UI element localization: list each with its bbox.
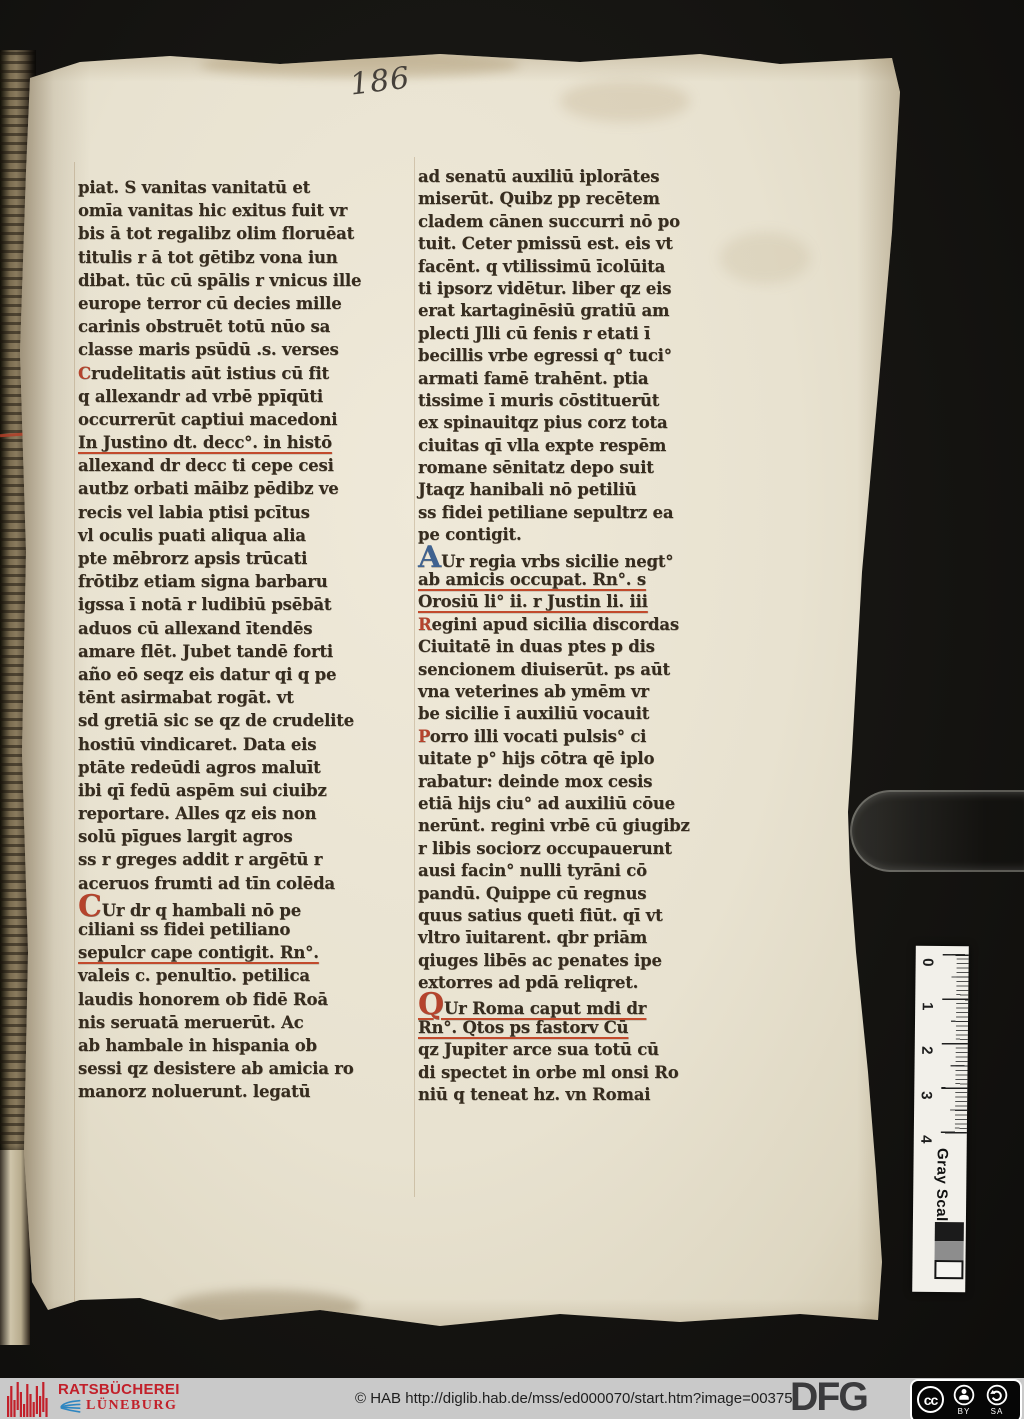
manuscript-line: ss r greges addit r argētū r [78,848,396,871]
right-text-column: ad senatū auxiliū iplorātesmiserūt. Quib… [418,166,736,1106]
manuscript-line: Crudelitatis aūt istius cū fit [78,362,396,385]
manuscript-line: ibi qī fedū aspēm sui ciuibz [78,779,396,802]
ruler-number: 3 [918,1087,935,1103]
manuscript-line: Regini apud sicilia discordas [418,614,736,636]
cc-by-person-icon [953,1384,975,1406]
credit-line: © HAB http://diglib.hab.de/mss/ed000070/… [355,1390,793,1407]
manuscript-line: recis vel labia ptisi pcītus [78,501,396,524]
manuscript-line: sencionem diuiserūt. ps aūt [418,659,736,681]
manuscript-line: r libis sociorz occupauerunt [418,838,736,860]
manuscript-line: q allexandr ad vrbē ppīqūti [78,385,396,408]
manuscript-line: sepulcr cape contigit. Rn°. [78,941,396,964]
manuscript-line: aceruos frumti ad tīn colēda [78,872,396,895]
cc-by-label: BY [958,1407,971,1416]
manuscript-line: pte mēbrorz apsis trūcati [78,547,396,570]
manuscript-line: qz Jupiter arce sua totū cū [418,1039,736,1061]
parchment-stain [560,80,690,122]
ruler-number: 1 [919,998,936,1014]
left-text-column: piat. S vanitas vanitatū etomīa vanitas … [78,176,396,1104]
manuscript-line: vltro īuitarent. qbr priām [418,927,736,949]
folio-number: 186 [348,60,412,102]
manuscript-line: tissime ī muris cōstituerūt [418,390,736,412]
manuscript-line: quus satius queti fiūt. qī vt [418,905,736,927]
manuscript-line: allexand dr decc ti cepe cesi [78,454,396,477]
manuscript-line: Jtaqz hanibali nō petiliū [418,479,736,501]
manuscript-line: pe contigit. [418,524,736,546]
manuscript-line: reportare. Alles qz eis non [78,802,396,825]
manuscript-line: dibat. tūc cū spālis r vnicus ille [78,269,396,292]
manuscript-line: erat kartaginēsiū gratiū am [418,300,736,322]
gray-swatch [935,1241,964,1260]
ratsbuecherei-bars-icon [7,1382,49,1417]
manuscript-line: año eō seqz eis datur qi q pe [78,663,396,686]
manuscript-line: ad senatū auxiliū iplorātes [418,166,736,188]
manuscript-line: ti ipsorz vidētur. liber qz eis [418,278,736,300]
manuscript-line: romane sēnitatz depo suit [418,457,736,479]
manuscript-line: armati famē trahēnt. ptia [418,368,736,390]
gray-swatch [934,1260,963,1279]
cc-by-item: BY [951,1384,977,1416]
manuscript-line: ab hambale in hispania ob [78,1034,396,1057]
gray-scale-card: 01234 Gray Scale [912,946,969,1293]
manuscript-line: occurrerūt captiui macedoni [78,408,396,431]
manuscript-line: CUr dr q hambali nō pe [78,895,396,918]
manuscript-line: vna veterines ab ymēm vr [418,681,736,703]
manuscript-line: pandū. Quippe cū regnus [418,883,736,905]
manuscript-line: qiuges libēs ac penates ipe [418,950,736,972]
manuscript-line: ausi facin° nulli tyrāni cō [418,860,736,882]
parchment-page: 186 piat. S vanitas vanitatū etomīa vani… [20,52,905,1337]
manuscript-line: niū q teneat hz. vn Romai [418,1084,736,1106]
cc-logo-icon: cc [917,1386,944,1413]
manuscript-line: amare flēt. Jubet tandē forti [78,640,396,663]
manuscript-line: nerūnt. regini vrbē cū giugibz [418,815,736,837]
manuscript-line: Orosiū li° ii. r Justin li. iii [418,591,736,613]
manuscript-line: ex spinauitqz pius corz tota [418,412,736,434]
manuscript-line: ptāte redeūdi agros maluīt [78,756,396,779]
manuscript-line: europe terror cū decies mille [78,292,396,315]
manuscript-line: aduos cū allexand ītendēs [78,617,396,640]
cc-license-badge: cc BY SA [910,1379,1022,1419]
manuscript-line: Porro illi vocati pulsis° ci [418,726,736,748]
library-name: RATSBÜCHEREI [58,1381,180,1398]
manuscript-line: sd gretiā sic se qz de crudelite [78,709,396,732]
manuscript-line: laudis honorem ob fidē Roā [78,988,396,1011]
gray-scale-label: Gray Scale [933,1148,951,1231]
manuscript-line: piat. S vanitas vanitatū et [78,176,396,199]
manuscript-line: ss fidei petiliane sepultrz ea [418,502,736,524]
footer-bar: RATSBÜCHEREI LÜNEBURG © HAB http://digli… [0,1378,1024,1419]
library-city: LÜNEBURG [86,1398,177,1414]
manuscript-line: plecti Jlli cū fenis r etati ī [418,323,736,345]
manuscript-line: nis seruatā meruerūt. Ac [78,1011,396,1034]
digitized-manuscript-photo: 186 piat. S vanitas vanitatū etomīa vani… [0,0,1024,1419]
manuscript-line: be sicilie ī auxiliū vocauit [418,703,736,725]
library-logo: RATSBÜCHEREI LÜNEBURG [58,1381,180,1414]
manuscript-line: autbz orbati māibz pēdibz ve [78,477,396,500]
cc-sa-arrow-icon [986,1384,1008,1406]
manuscript-line: omīa vanitas hic exitus fuit vr [78,199,396,222]
manuscript-line: miserūt. Quibz pp recētem [418,188,736,210]
manuscript-line: tuit. Ceter pmissū est. eis vt [418,233,736,255]
gray-swatch [935,1222,964,1241]
parchment-stain [170,1290,360,1324]
manuscript-line: igssa ī notā r ludibiū psēbāt [78,593,396,616]
manuscript-line: extorres ad pdā reliqret. [418,972,736,994]
book-gutter-lower-margin [0,1150,30,1345]
manuscript-line: ciuitas qī vlla expte respēm [418,435,736,457]
cc-sa-item: SA [984,1384,1010,1416]
manuscript-line: uitate p° hijs cōtra qē iplo [418,748,736,770]
manuscript-line: solū pīgues largit agros [78,825,396,848]
ruler-number: 4 [917,1131,934,1147]
manuscript-line: carinis obstruēt totū nūo sa [78,315,396,338]
manuscript-line: classe maris psūdū .s. verses [78,338,396,361]
ruler-number: 2 [918,1042,935,1058]
manuscript-line: hostiū vindicaret. Data eis [78,733,396,756]
ruler-numbers: 01234 [914,946,969,1157]
ruling-line [414,157,415,1197]
gray-scale-swatches [934,1222,964,1279]
manuscript-line: etiā hijs ciu° ad auxiliū cōue [418,793,736,815]
manuscript-line: In Justino dt. decc°. in histō [78,431,396,454]
manuscript-line: becillis vrbe egressi q° tuci° [418,345,736,367]
manuscript-line: AUr regia vrbs sicilie negt° [418,547,736,569]
manuscript-line: manorz noluerunt. legatū [78,1080,396,1103]
manuscript-line: valeis c. penultīo. petilica [78,964,396,987]
ruling-line [74,162,75,1302]
manuscript-line: di spectet in orbe ml onsi Ro [418,1062,736,1084]
manuscript-line: Rn°. Qtos ps fastorv Cū [418,1017,736,1039]
cc-sa-label: SA [991,1407,1004,1416]
manuscript-line: frōtibz etiam signa barbaru [78,570,396,593]
manuscript-line: rabatur: deinde mox cesis [418,771,736,793]
manuscript-line: tēnt asirmabat rogāt. vt [78,686,396,709]
manuscript-line: cladem cānen succurri nō po [418,211,736,233]
manuscript-line: Ciuitatē in duas ptes p dis [418,636,736,658]
lueneburg-fan-icon [58,1399,83,1414]
manuscript-line: bis ā tot regalibz olim floruēat [78,222,396,245]
manuscript-line: vl oculis puati aliqua alia [78,524,396,547]
manuscript-line: QUr Roma caput mdi dr [418,994,736,1016]
dfg-logo: DFG [790,1375,867,1419]
manuscript-line: titulis r ā tot gētibz vona iun [78,246,396,269]
manuscript-line: ab amicis occupat. Rn°. s [418,569,736,591]
manuscript-line: facēnt. q vtilissimū īcolūita [418,256,736,278]
ruler-number: 0 [919,954,936,970]
manuscript-line: ciliani ss fidei petiliano [78,918,396,941]
library-logo-row: LÜNEBURG [58,1398,180,1414]
manuscript-line: sessi qz desistere ab amicia ro [78,1057,396,1080]
page-holder-strip [850,790,1024,872]
